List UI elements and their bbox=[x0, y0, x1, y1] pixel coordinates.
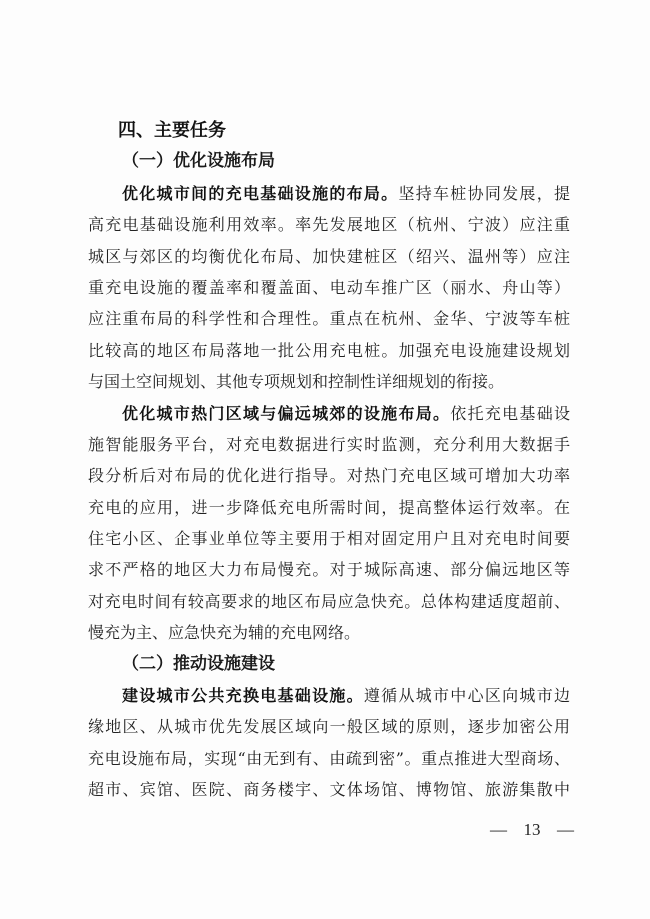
paragraph: 建设城市公共充换电基础设施。遵循从城市中心区向城市边 缘地区、从城市优先发展区域… bbox=[88, 680, 570, 806]
paragraph-first-line: 优化城市间的充电基础设施的布局。坚持车桩协同发展，提 bbox=[88, 178, 570, 209]
chapter-heading: 四、主要任务 bbox=[88, 115, 570, 146]
paragraph-text: 遵循从城市中心区向城市边 bbox=[364, 686, 570, 705]
paragraph-lead: 优化城市热门区域与偏远城郊的设施布局。 bbox=[122, 404, 450, 423]
section-title-2: （二）推动设施建设 bbox=[88, 649, 570, 680]
page-number-footer: — 13 — bbox=[490, 820, 574, 840]
paragraph-line: 段分析后对布局的优化进行指导。对热门充电区域可增加大功率 bbox=[88, 460, 570, 491]
paragraph-line: 慢充为主、应急快充为辅的充电网络。 bbox=[88, 617, 570, 648]
paragraph-first-line: 优化城市热门区域与偏远城郊的设施布局。依托充电基础设 bbox=[88, 398, 570, 429]
page-number: 13 bbox=[524, 820, 541, 840]
page-number-dash-left: — bbox=[490, 820, 507, 840]
paragraph: 优化城市热门区域与偏远城郊的设施布局。依托充电基础设 施智能服务平台，对充电数据… bbox=[88, 398, 570, 649]
paragraph-line: 充电设施布局，实现“由无到有、由疏到密”。重点推进大型商场、 bbox=[88, 743, 570, 774]
document-page: 四、主要任务 （一）优化设施布局 优化城市间的充电基础设施的布局。坚持车桩协同发… bbox=[0, 0, 650, 919]
paragraph-line: 与国土空间规划、其他专项规划和控制性详细规划的衔接。 bbox=[88, 366, 570, 397]
paragraph-text: 坚持车桩协同发展，提 bbox=[398, 184, 570, 203]
paragraph-lead: 优化城市间的充电基础设施的布局。 bbox=[122, 184, 398, 203]
paragraph-line: 求不严格的地区大力布局慢充。对于城际高速、部分偏远地区等 bbox=[88, 554, 570, 585]
paragraph-line: 城区与郊区的均衡优化布局、加快建桩区（绍兴、温州等）应注 bbox=[88, 241, 570, 272]
paragraph: 优化城市间的充电基础设施的布局。坚持车桩协同发展，提 高充电基础设施利用效率。率… bbox=[88, 178, 570, 398]
paragraph-line: 缘地区、从城市优先发展区域向一般区域的原则，逐步加密公用 bbox=[88, 711, 570, 742]
paragraph-line: 施智能服务平台，对充电数据进行实时监测，充分利用大数据手 bbox=[88, 429, 570, 460]
page-number-dash-right: — bbox=[557, 820, 574, 840]
paragraph-text: 依托充电基础设 bbox=[450, 404, 570, 423]
paragraph-first-line: 建设城市公共充换电基础设施。遵循从城市中心区向城市边 bbox=[88, 680, 570, 711]
paragraph-line: 比较高的地区布局落地一批公用充电桩。加强充电设施建设规划 bbox=[88, 335, 570, 366]
paragraph-line: 住宅小区、企事业单位等主要用于相对固定用户且对充电时间要 bbox=[88, 523, 570, 554]
paragraph-line: 重充电设施的覆盖率和覆盖面、电动车推广区（丽水、舟山等） bbox=[88, 272, 570, 303]
document-body: 四、主要任务 （一）优化设施布局 优化城市间的充电基础设施的布局。坚持车桩协同发… bbox=[88, 115, 570, 806]
paragraph-lead: 建设城市公共充换电基础设施。 bbox=[122, 686, 364, 705]
paragraph-line: 高充电基础设施利用效率。率先发展地区（杭州、宁波）应注重 bbox=[88, 209, 570, 240]
section-title-1: （一）优化设施布局 bbox=[88, 146, 570, 177]
paragraph-line: 应注重布局的科学性和合理性。重点在杭州、金华、宁波等车桩 bbox=[88, 303, 570, 334]
paragraph-line: 对充电时间有较高要求的地区布局应急快充。总体构建适度超前、 bbox=[88, 586, 570, 617]
paragraph-line: 充电的应用，进一步降低充电所需时间，提高整体运行效率。在 bbox=[88, 492, 570, 523]
paragraph-line: 超市、宾馆、医院、商务楼宇、文体场馆、博物馆、旅游集散中 bbox=[88, 774, 570, 805]
